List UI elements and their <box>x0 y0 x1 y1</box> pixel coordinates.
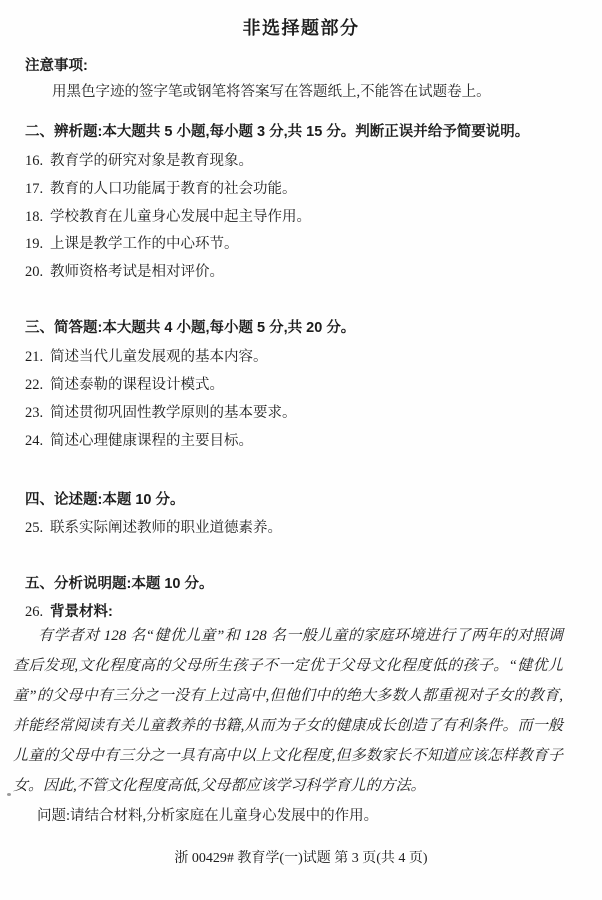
item-text: 学校教育在儿童身心发展中起主导作用。 <box>50 209 311 225</box>
question-item-21: 21.简述当代儿童发展观的基本内容。 <box>25 345 590 366</box>
item-text: 简述心理健康课程的主要目标。 <box>50 433 253 449</box>
item-number: 20. <box>25 264 50 281</box>
notice-label: 注意事项: <box>25 54 88 75</box>
exam-page: 非选择题部分 注意事项: 用黑色字迹的签字笔或钢笔将答案写在答题纸上,不能答在试… <box>0 0 602 900</box>
material-paragraph: 有学者对 128 名“健优儿童”和 128 名一般儿童的家庭环境进行了两年的对照… <box>13 621 563 801</box>
item-number: 26. <box>25 604 50 621</box>
notice-text: 用黑色字迹的签字笔或钢笔将答案写在答题纸上,不能答在试题卷上。 <box>52 80 587 101</box>
scan-artifact <box>7 793 11 796</box>
question-item-26: 26.背景材料: <box>25 600 590 621</box>
item-text: 教育的人口功能属于教育的社会功能。 <box>50 181 297 197</box>
item-number: 22. <box>25 377 50 394</box>
item-text: 教育学的研究对象是教育现象。 <box>50 153 253 169</box>
section-2-heading: 二、辨析题:本大题共 5 小题,每小题 3 分,共 15 分。判断正误并给予简要… <box>25 120 590 141</box>
item-text: 简述泰勒的课程设计模式。 <box>50 377 224 393</box>
question-item-20: 20.教师资格考试是相对评价。 <box>25 260 590 281</box>
item-text: 教师资格考试是相对评价。 <box>50 264 224 280</box>
section-4-heading: 四、论述题:本题 10 分。 <box>25 488 590 509</box>
page-footer: 浙 00429# 教育学(一)试题 第 3 页(共 4 页) <box>0 847 602 867</box>
section-3-heading: 三、简答题:本大题共 4 小题,每小题 5 分,共 20 分。 <box>25 316 590 337</box>
question-item-24: 24.简述心理健康课程的主要目标。 <box>25 429 590 450</box>
question-item-22: 22.简述泰勒的课程设计模式。 <box>25 373 590 394</box>
item-number: 18. <box>25 209 50 226</box>
item-number: 16. <box>25 153 50 170</box>
item-text: 背景材料: <box>50 604 113 620</box>
item-text: 简述当代儿童发展观的基本内容。 <box>50 349 268 365</box>
item-number: 21. <box>25 349 50 366</box>
item-number: 19. <box>25 236 50 253</box>
item-number: 24. <box>25 433 50 450</box>
section-5-heading: 五、分析说明题:本题 10 分。 <box>25 572 590 593</box>
question-item-25: 25.联系实际阐述教师的职业道德素养。 <box>25 516 590 537</box>
item-number: 17. <box>25 181 50 198</box>
item-number: 25. <box>25 520 50 537</box>
material-question: 问题:请结合材料,分析家庭在儿童身心发展中的作用。 <box>37 804 587 825</box>
page-title: 非选择题部分 <box>0 14 602 40</box>
question-item-18: 18.学校教育在儿童身心发展中起主导作用。 <box>25 205 590 226</box>
question-item-16: 16.教育学的研究对象是教育现象。 <box>25 149 590 170</box>
question-item-23: 23.简述贯彻巩固性教学原则的基本要求。 <box>25 401 590 422</box>
question-item-19: 19.上课是教学工作的中心环节。 <box>25 232 590 253</box>
question-item-17: 17.教育的人口功能属于教育的社会功能。 <box>25 177 590 198</box>
item-number: 23. <box>25 405 50 422</box>
item-text: 上课是教学工作的中心环节。 <box>50 236 239 252</box>
item-text: 联系实际阐述教师的职业道德素养。 <box>50 520 282 536</box>
item-text: 简述贯彻巩固性教学原则的基本要求。 <box>50 405 297 421</box>
